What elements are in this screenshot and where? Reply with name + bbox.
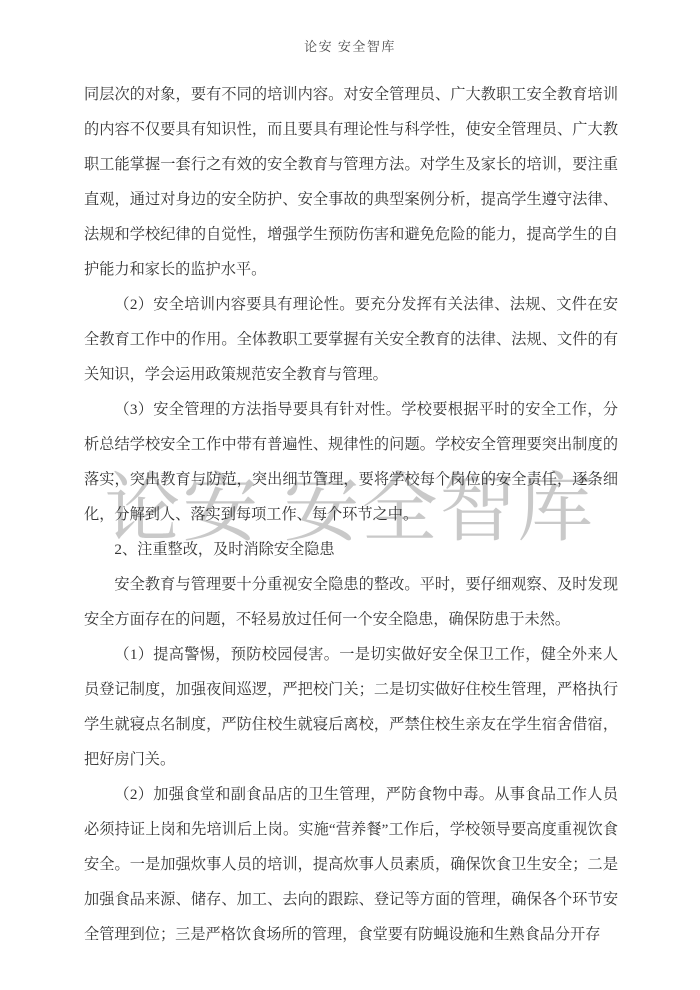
paragraph: （1）提高警惕，预防校园侵害。一是切实做好安全保卫工作，健全外来人员登记制度，加…: [84, 637, 618, 777]
paragraph: 同层次的对象，要有不同的培训内容。对安全管理员、广大教职工安全教育培训的内容不仅…: [84, 77, 618, 287]
paragraph: （2）安全培训内容要具有理论性。要充分发挥有关法律、法规、文件在安全教育工作中的…: [84, 287, 618, 392]
section-heading: 2、注重整改，及时消除安全隐患: [84, 532, 618, 567]
paragraph: 安全教育与管理要十分重视安全隐患的整改。平时，要仔细观察、及时发现安全方面存在的…: [84, 567, 618, 637]
document-body: 同层次的对象，要有不同的培训内容。对安全管理员、广大教职工安全教育培训的内容不仅…: [84, 77, 618, 952]
paragraph: （2）加强食堂和副食品店的卫生管理，严防食物中毒。从事食品工作人员必须持证上岗和…: [84, 777, 618, 952]
header-title: 论安 安全智库: [304, 39, 396, 54]
page-header: 论安 安全智库: [0, 36, 700, 55]
document-page: { "header": { "title": "论安 安全智库" }, "wat…: [0, 0, 700, 990]
paragraph: （3）安全管理的方法指导要具有针对性。学校要根据平时的安全工作，分析总结学校安全…: [84, 392, 618, 532]
